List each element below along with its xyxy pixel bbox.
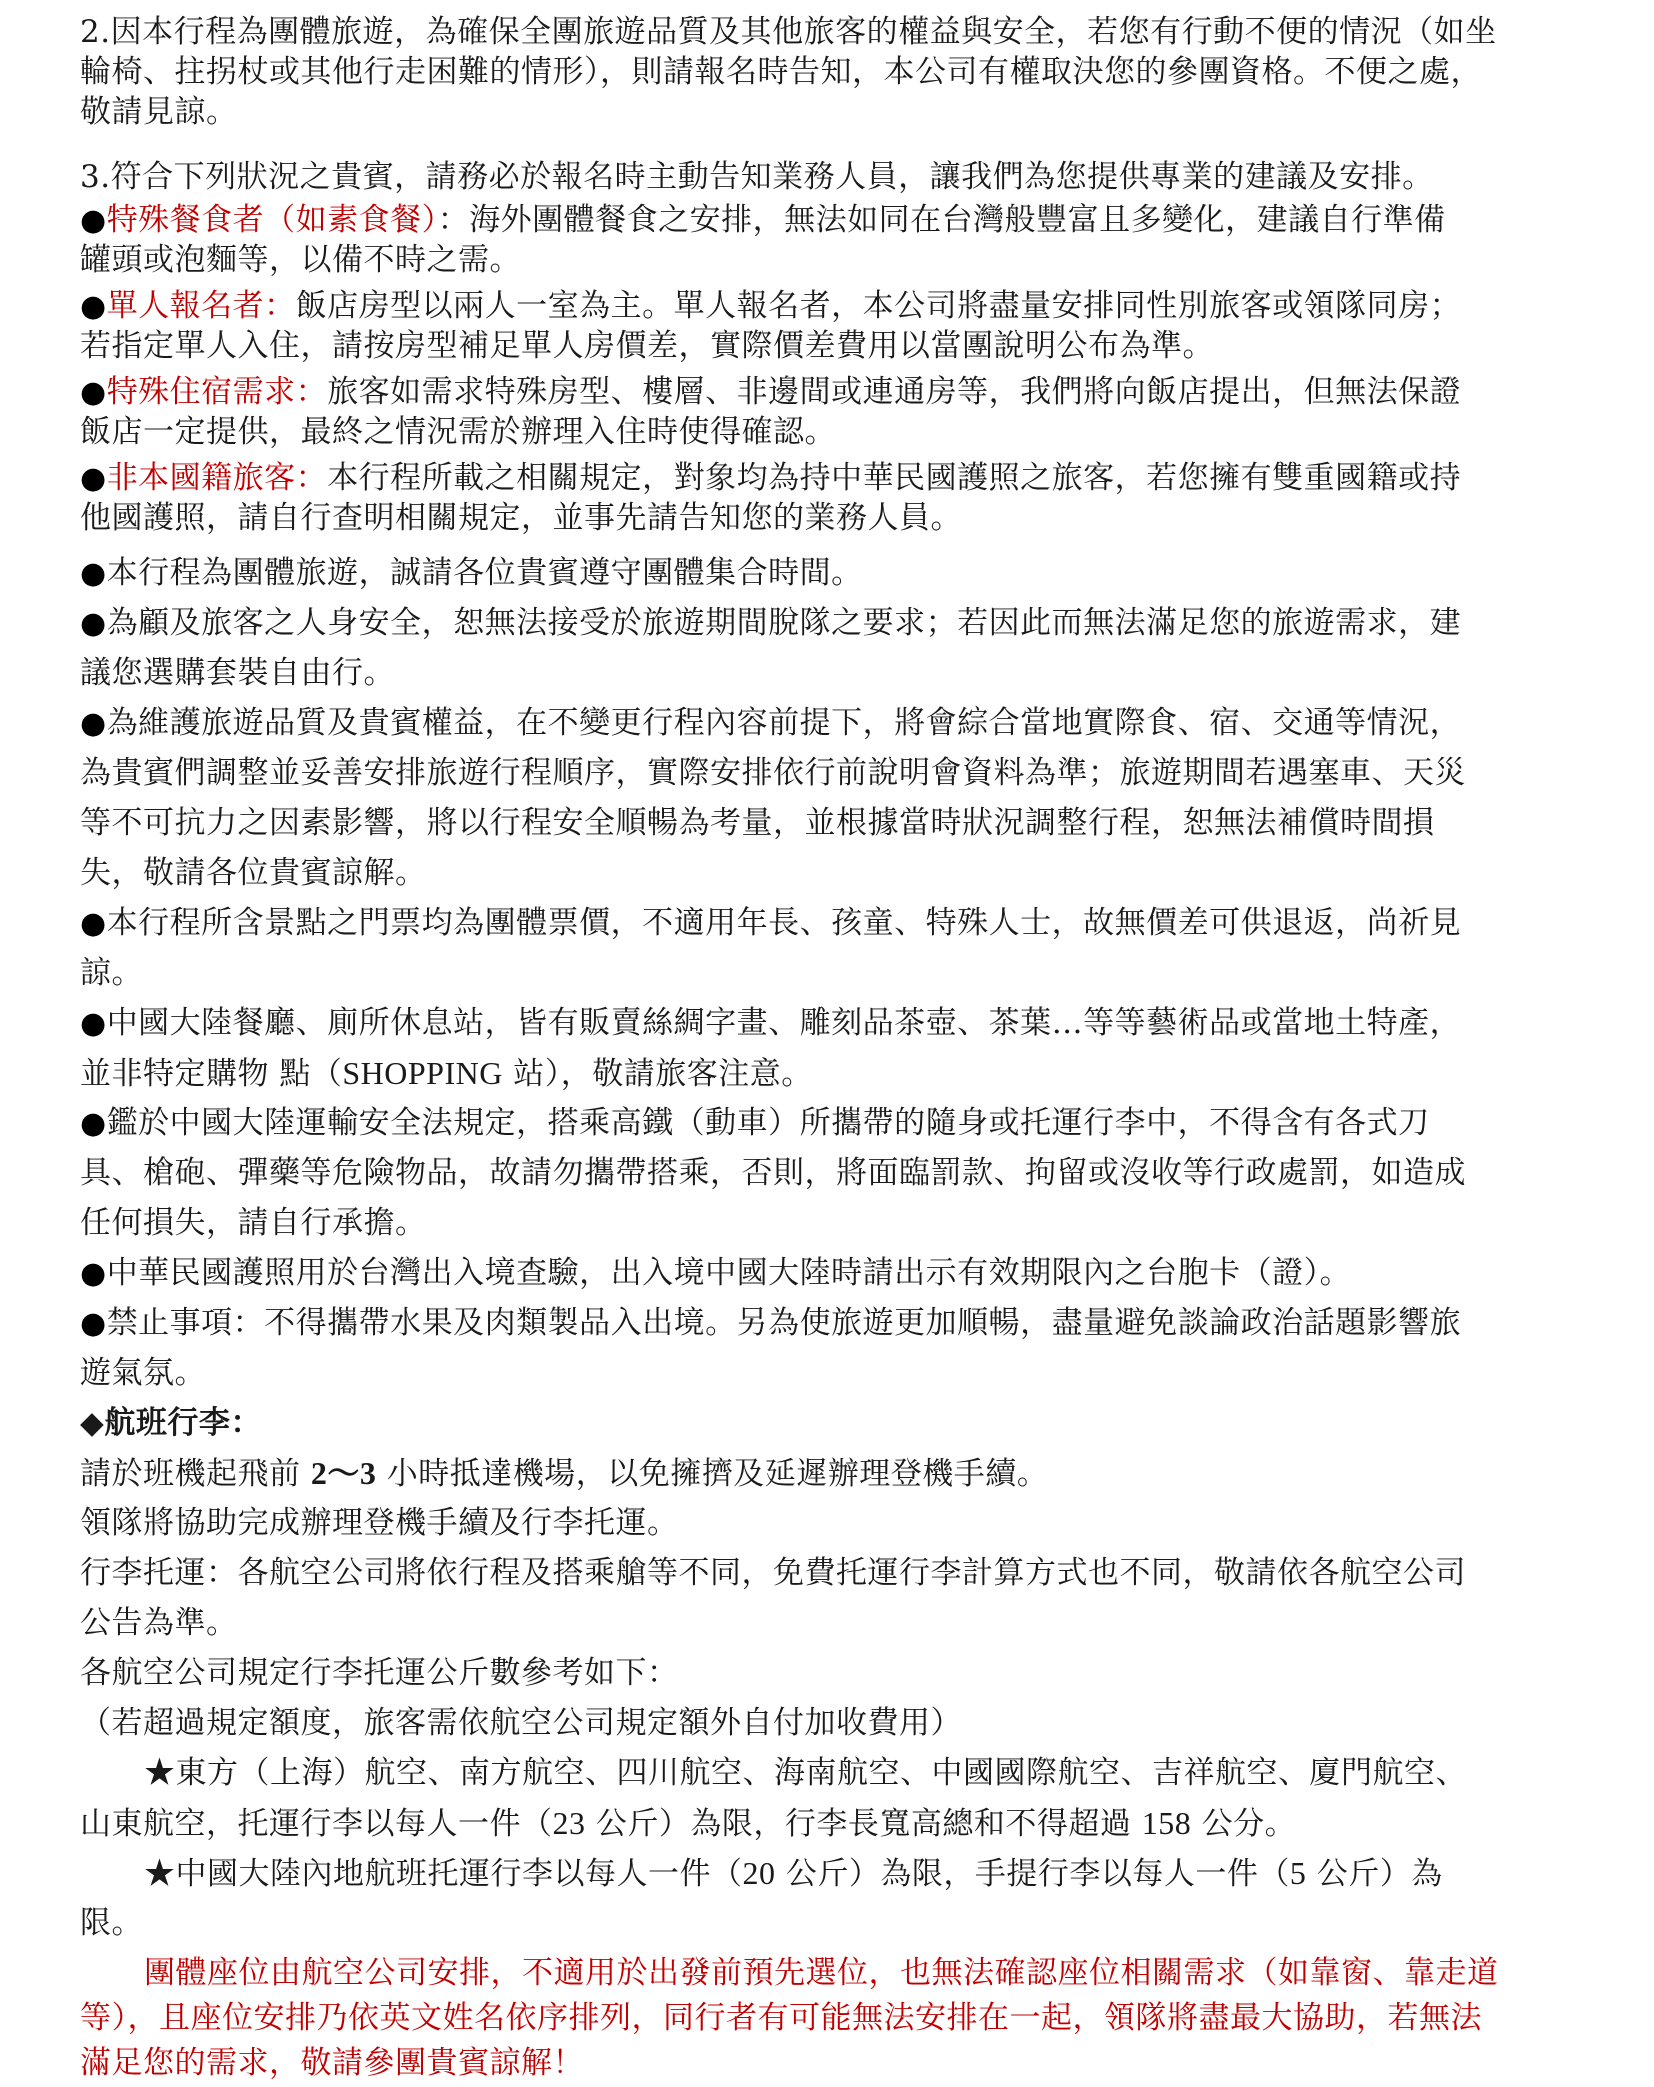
airline-rule-1-line-2: 山東航空，托運行李以每人一件（23 公斤）為限，行李長寬高總和不得超過 158 … <box>80 1803 1296 1843</box>
bullet-icon: ● <box>80 1256 107 1291</box>
leader-help: 領隊將協助完成辦理登機手續及行李托運。 <box>80 1503 679 1543</box>
special-foreign-line-2: 他國護照，請自行查明相關規定，並事先請告知您的業務人員。 <box>80 498 962 538</box>
note-rail-safety-line-3: 任何損失，請自行承擔。 <box>80 1203 427 1243</box>
flight-baggage-heading: ◆航班行李： <box>80 1403 262 1443</box>
special-single-line-2: 若指定單人入住，請按房型補足單人房價差，實際價差費用以當團說明公布為準。 <box>80 326 1214 366</box>
bullet-icon: ● <box>80 289 107 324</box>
star-icon: ★ <box>144 1856 176 1892</box>
item3-intro: 3.符合下列狀況之貴賓，請務必於報名時主動告知業務人員，讓我們為您提供專業的建議… <box>80 157 1434 197</box>
seating-notice: 團體座位由航空公司安排，不適用於出發前預先選位，也無法確認座位相關需求（如靠窗、… <box>80 1953 1499 1993</box>
item2-line-3: 敬請見諒。 <box>80 92 238 132</box>
arrive-early: 請於班機起飛前 2～3 小時抵達機場，以免擁擠及延遲辦理登機手續。 <box>80 1453 1048 1493</box>
note-shopping: ●中國大陸餐廳、廁所休息站，皆有販賣絲綢字畫、雕刻品茶壺、茶葉…等等藝術品或當地… <box>80 1003 1461 1043</box>
note-safety-line-2: 議您選購套裝自由行。 <box>80 653 395 693</box>
item2-line-2: 輪椅、拄拐杖或其他行走困難的情形），則請報名時告知，本公司有權取決您的參團資格。… <box>80 52 1482 92</box>
note-rail-safety: ●鑑於中國大陸運輸安全法規定，搭乘高鐵（動車）所攜帶的隨身或托運行李中，不得含有… <box>80 1103 1430 1143</box>
special-label: 非本國籍旅客： <box>107 460 328 496</box>
note-quality-line-3: 等不可抗力之因素影響，將以行程安全順暢為考量，並根據當時狀況調整行程，恕無法補償… <box>80 803 1435 843</box>
bullet-icon: ● <box>80 375 107 410</box>
note-tickets: ●本行程所含景點之門票均為團體票價，不適用年長、孩童、特殊人士，故無價差可供退返… <box>80 903 1461 943</box>
airline-rule-1: ★東方（上海）航空、南方航空、四川航空、海南航空、中國國際航空、吉祥航空、廈門航… <box>80 1753 1467 1793</box>
reference-intro: 各航空公司規定行李托運公斤數參考如下： <box>80 1653 679 1693</box>
note-safety: ●為顧及旅客之人身安全，恕無法接受於旅遊期間脫隊之要求；若因此而無法滿足您的旅遊… <box>80 603 1461 643</box>
special-label: 特殊餐食者（如素食餐） <box>107 202 438 238</box>
bullet-icon: ● <box>80 556 107 591</box>
bullet-icon: ● <box>80 706 107 741</box>
note-rail-safety-line-2: 具、槍砲、彈藥等危險物品，故請勿攜帶搭乘，否則，將面臨罰款、拘留或沒收等行政處罰… <box>80 1153 1466 1193</box>
note-assembly: ●本行程為團體旅遊，誠請各位貴賓遵守團體集合時間。 <box>80 553 863 593</box>
note-prohibited: ●禁止事項：不得攜帶水果及肉類製品入出境。另為使旅遊更加順暢，盡量避免談論政治話… <box>80 1303 1461 1343</box>
note-passport: ●中華民國護照用於台灣出入境查驗，出入境中國大陸時請出示有效期限內之台胞卡（證）… <box>80 1253 1351 1293</box>
baggage-policy-line-2: 公告為準。 <box>80 1603 238 1643</box>
diamond-icon: ◆ <box>80 1405 104 1441</box>
bullet-icon: ● <box>80 1306 107 1341</box>
special-accommodation: ●特殊住宿需求：旅客如需求特殊房型、樓層、非邊間或連通房等，我們將向飯店提出，但… <box>80 372 1461 412</box>
note-quality: ●為維護旅遊品質及貴賓權益，在不變更行程內容前提下，將會綜合當地實際食、宿、交通… <box>80 703 1461 743</box>
star-icon: ★ <box>144 1755 176 1791</box>
special-label: 單人報名者： <box>107 288 296 324</box>
note-shopping-line-2: 並非特定購物 點（SHOPPING 站），敬請旅客注意。 <box>80 1053 813 1093</box>
special-dietary-line-2: 罐頭或泡麵等，以備不時之需。 <box>80 240 521 280</box>
seating-notice-line-2: 等），且座位安排乃依英文姓名依序排列，同行者有可能無法安排在一起，領隊將盡最大協… <box>80 1998 1482 2038</box>
note-tickets-line-2: 諒。 <box>80 953 143 993</box>
bullet-icon: ● <box>80 203 107 238</box>
bullet-icon: ● <box>80 1106 107 1141</box>
special-accommodation-line-2: 飯店一定提供，最終之情況需於辦理入住時使得確認。 <box>80 412 836 452</box>
special-foreign: ●非本國籍旅客：本行程所載之相關規定，對象均為持中華民國護照之旅客，若您擁有雙重… <box>80 458 1461 498</box>
item2-line-1: 2.因本行程為團體旅遊，為確保全團旅遊品質及其他旅客的權益與安全，若您有行動不便… <box>80 12 1497 52</box>
note-prohibited-line-2: 遊氣氛。 <box>80 1353 206 1393</box>
special-dietary: ●特殊餐食者（如素食餐）：海外團體餐食之安排，無法如同在台灣般豐富且多變化，建議… <box>80 200 1446 240</box>
note-quality-line-4: 失，敬請各位貴賓諒解。 <box>80 853 427 893</box>
special-label: 特殊住宿需求： <box>107 374 328 410</box>
bullet-icon: ● <box>80 906 107 941</box>
bullet-icon: ● <box>80 461 107 496</box>
special-single: ●單人報名者：飯店房型以兩人一室為主。單人報名者，本公司將盡量安排同性別旅客或領… <box>80 286 1461 326</box>
bullet-icon: ● <box>80 606 107 641</box>
baggage-policy: 行李托運：各航空公司將依行程及搭乘艙等不同，免費托運行李計算方式也不同，敬請依各… <box>80 1553 1466 1593</box>
bullet-icon: ● <box>80 1006 107 1041</box>
airline-rule-2: ★中國大陸內地航班托運行李以每人一件（20 公斤）為限，手提行李以每人一件（5 … <box>80 1853 1443 1893</box>
excess-note: （若超過規定額度，旅客需依航空公司規定額外自付加收費用） <box>80 1703 962 1743</box>
seating-notice-line-3: 滿足您的需求，敬請參團貴賓諒解！ <box>80 2043 584 2083</box>
note-quality-line-2: 為貴賓們調整並妥善安排旅遊行程順序，實際安排依行前說明會資料為準；旅遊期間若遇塞… <box>80 753 1466 793</box>
airline-rule-2-line-2: 限。 <box>80 1903 143 1943</box>
